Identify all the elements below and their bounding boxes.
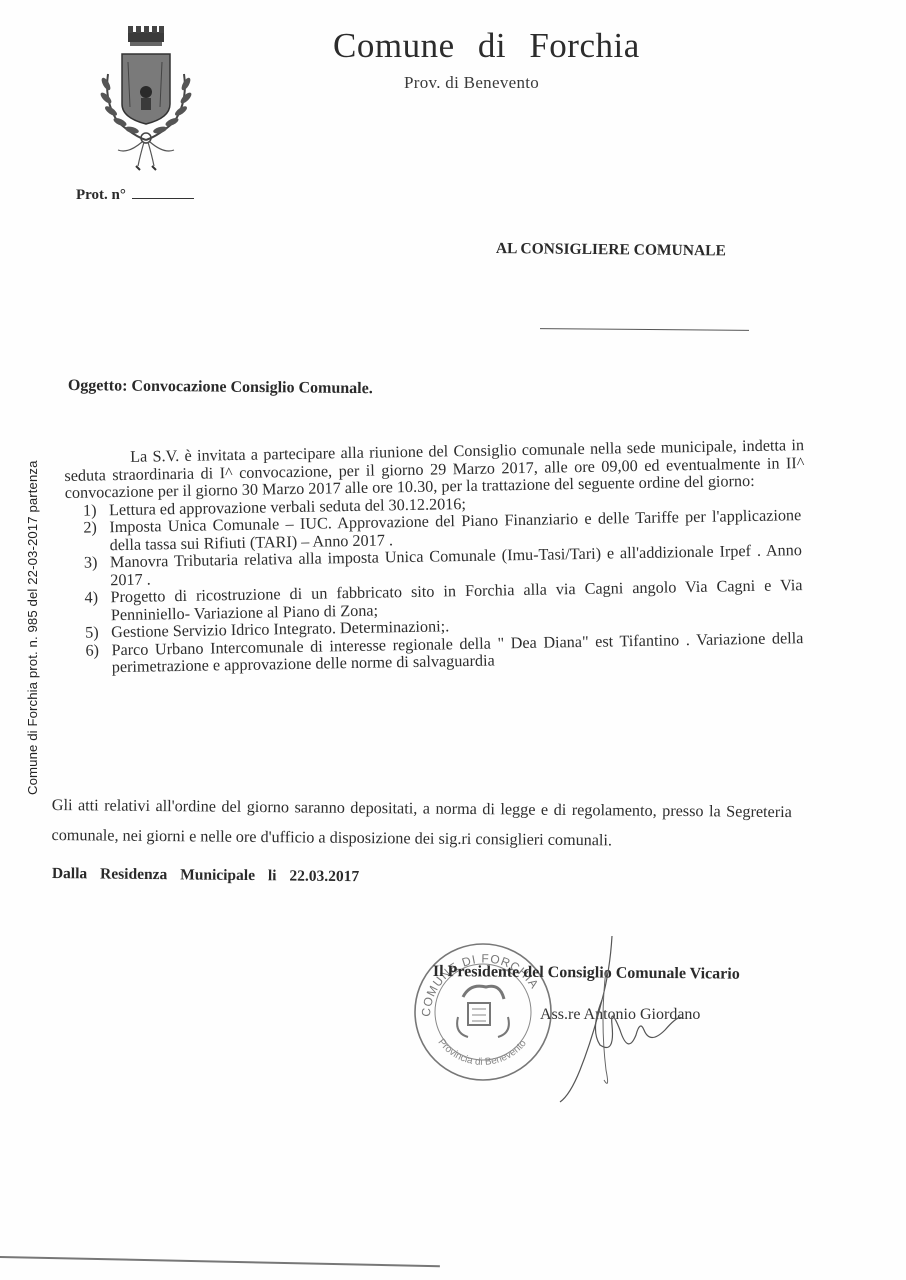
protocol-side-stamp: Comune di Forchia prot. n. 985 del 22-03… [25,460,40,795]
official-stamp-icon: COMUNE DI FORCHIA Provincia di Benevento [408,937,558,1087]
agenda-item-number: 2) [83,519,110,554]
scan-edge-line [0,1256,440,1267]
agenda-item-number: 3) [84,554,111,589]
municipality-title: Comune di Forchia [333,26,640,66]
agenda-item-number: 1) [83,502,109,520]
protocol-label: Prot. n° [76,187,126,203]
stamp-bottom-text: Provincia di Benevento [436,1037,529,1068]
handwritten-signature-icon [540,930,720,1110]
agenda-item-number: 4) [84,589,111,624]
closing-text: Gli atti relativi all'ordine del giorno … [51,790,792,857]
closing-paragraph: Gli atti relativi all'ordine del giorno … [51,790,792,857]
agenda-item-number: 5) [85,624,111,642]
svg-text:Provincia di Benevento: Provincia di Benevento [436,1037,529,1068]
recipient-heading: AL CONSIGLIERE COMUNALE [496,240,726,260]
subject-line: Oggetto: Convocazione Consiglio Comunale… [68,377,373,398]
place-date-line: Dalla Residenza Municipale li 22.03.2017 [52,865,359,886]
document-page: Comune di Forchia prot. n. 985 del 22-03… [0,0,906,1280]
province-subtitle: Prov. di Benevento [404,73,539,93]
letter-body: La S.V. è invitata a partecipare alla ri… [64,437,808,677]
coat-of-arms-icon [78,22,213,172]
agenda-list: 1)Lettura ed approvazione verbali seduta… [65,490,808,678]
recipient-name-line [540,328,749,331]
protocol-blank-line [132,184,194,199]
protocol-number-field: Prot. n° [76,184,194,204]
agenda-item-number: 6) [85,642,112,677]
